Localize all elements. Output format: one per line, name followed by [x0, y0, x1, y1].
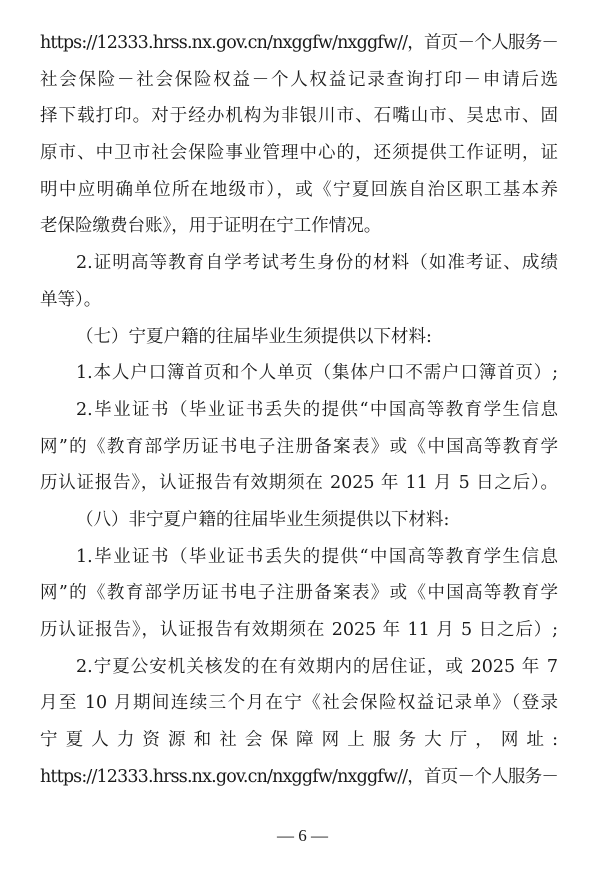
list-item-2: 2.证明高等教育自学考试考生身份的材料（如准考证、成绩	[40, 245, 558, 282]
text-line: 历认证报告》，认证报告有效期须在 2025 年 11 月 5 日之后）;	[40, 612, 558, 649]
list-item-2: 2.毕业证书（毕业证书丢失的提供“中国高等教育学生信息	[40, 392, 558, 429]
section-heading-7: （七）宁夏户籍的往届毕业生须提供以下材料:	[40, 319, 558, 356]
text-line: 择下载打印。对于经办机构为非银川市、石嘴山市、吴忠市、固	[40, 98, 558, 135]
text-line: 历认证报告》，认证报告有效期须在 2025 年 11 月 5 日之后）。	[40, 465, 558, 502]
list-item-1: 1.毕业证书（毕业证书丢失的提供“中国高等教育学生信息	[40, 539, 558, 576]
text-line: 原市、中卫市社会保险事业管理中心的，还须提供工作证明，证	[40, 135, 558, 172]
document-body: https://12333.hrss.nx.gov.cn/nxggfw/nxgg…	[40, 25, 558, 795]
text-line: 宁夏人力资源和社会保障网上服务大厅，网址:	[40, 722, 558, 759]
text-line: 单等）。	[40, 282, 558, 319]
list-item-2: 2.宁夏公安机关核发的在有效期内的居住证，或 2025 年 7	[40, 649, 558, 686]
list-item-1: 1.本人户口簿首页和个人单页（集体户口不需户口簿首页）;	[40, 355, 558, 392]
text-line: 网”的《教育部学历证书电子注册备案表》或《中国高等教育学	[40, 575, 558, 612]
text-line: 老保险缴费台账》，用于证明在宁工作情况。	[40, 208, 558, 245]
text-line: https://12333.hrss.nx.gov.cn/nxggfw/nxgg…	[40, 759, 558, 796]
text-line: 月至 10 月期间连续三个月在宁《社会保险权益记录单》（登录	[40, 685, 558, 722]
text-line: 网”的《教育部学历证书电子注册备案表》或《中国高等教育学	[40, 429, 558, 466]
text-line: 社会保险－社会保险权益－个人权益记录查询打印－申请后选	[40, 62, 558, 99]
page-number: — 6 —	[0, 826, 605, 846]
section-heading-8: （八）非宁夏户籍的往届毕业生须提供以下材料:	[40, 502, 558, 539]
text-line: https://12333.hrss.nx.gov.cn/nxggfw/nxgg…	[40, 25, 558, 62]
text-line: 明中应明确单位所在地级市），或《宁夏回族自治区职工基本养	[40, 172, 558, 209]
